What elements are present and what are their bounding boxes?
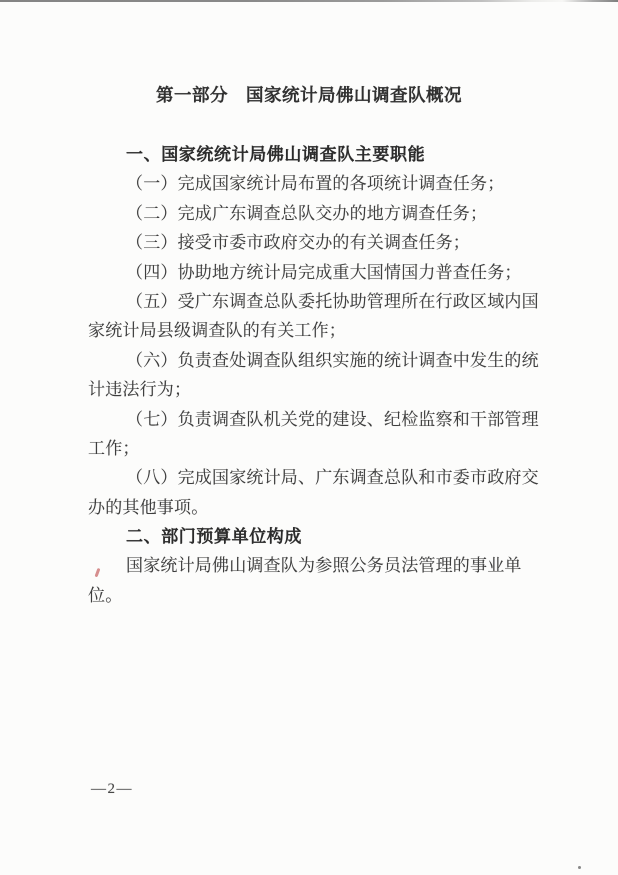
document-title: 第一部分 国家统计局佛山调查队概况 <box>0 83 618 107</box>
page-number: —2— <box>91 781 133 798</box>
list-item-5-line-2: 家统计局县级调查队的有关工作； <box>88 316 548 345</box>
scan-speck <box>578 866 581 869</box>
paragraph-line-1: 国家统计局佛山调查队为参照公务员法管理的事业单 <box>88 551 548 580</box>
list-item-5-line-1: （五）受广东调查总队委托协助管理所在行政区域内国 <box>88 287 548 316</box>
list-item-8-line-1: （八）完成国家统计局、广东调查总队和市委市政府交 <box>88 463 548 492</box>
list-item-8-line-2: 办的其他事项。 <box>88 493 548 522</box>
scanner-edge-artifact <box>0 0 618 2</box>
section-1-heading: 一、国家统统计局佛山调查队主要职能 <box>88 140 548 169</box>
list-item-7-line-1: （七）负责调查队机关党的建设、纪检监察和干部管理 <box>88 405 548 434</box>
list-item-3: （三）接受市委市政府交办的有关调查任务； <box>88 228 548 257</box>
list-item-1: （一）完成国家统计局布置的各项统计调查任务； <box>88 169 548 198</box>
scanned-document-page: 第一部分 国家统计局佛山调查队概况 一、国家统统计局佛山调查队主要职能 （一）完… <box>0 0 618 875</box>
section-2-heading: 二、部门预算单位构成 <box>88 522 548 551</box>
list-item-4: （四）协助地方统计局完成重大国情国力普查任务； <box>88 258 548 287</box>
list-item-7-line-2: 工作； <box>88 434 548 463</box>
paragraph-line-2: 位。 <box>88 581 548 610</box>
list-item-6-line-1: （六）负责查处调查队组织实施的统计调查中发生的统 <box>88 346 548 375</box>
list-item-2: （二）完成广东调查总队交办的地方调查任务； <box>88 199 548 228</box>
document-body: 一、国家统统计局佛山调查队主要职能 （一）完成国家统计局布置的各项统计调查任务；… <box>88 140 548 610</box>
list-item-6-line-2: 计违法行为； <box>88 375 548 404</box>
